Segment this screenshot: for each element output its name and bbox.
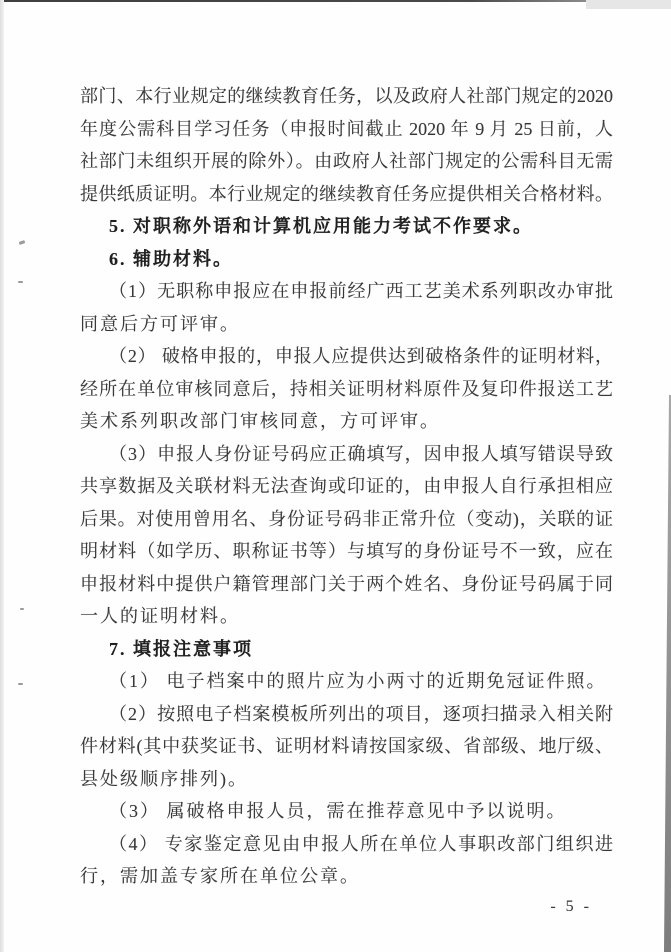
text-line: 件材料(其中获奖证书、证明材料请按国家级、省部级、地厅级、 bbox=[80, 730, 613, 763]
scan-top-right-corner bbox=[586, 0, 671, 9]
text-line: （1）无职称申报应在申报前经广西工艺美术系列职改办审批 bbox=[80, 275, 613, 308]
document-page: 部门、本行业规定的继续教育任务，以及政府人社部门规定的2020年度公需科目学习任… bbox=[0, 0, 671, 952]
text-line: 同意后方可评审。 bbox=[80, 308, 613, 341]
text-line: （2）按照电子档案模板所列出的项目，逐项扫描录入相关附 bbox=[80, 698, 613, 731]
text-line: 7. 填报注意事项 bbox=[80, 633, 613, 666]
text-line: 6. 辅助材料。 bbox=[80, 243, 613, 276]
scan-left-edge-shadow bbox=[0, 0, 4, 952]
text-line: 一人的证明材料。 bbox=[80, 600, 613, 633]
text-line: 提供纸质证明。本行业规定的继续教育任务应提供相关合格材料。 bbox=[80, 178, 613, 211]
text-line: 行，需加盖专家所在单位公章。 bbox=[80, 860, 613, 893]
text-line: 申报材料中提供户籍管理部门关于两个姓名、身份证号码属于同 bbox=[80, 568, 613, 601]
text-line: （3）申报人身份证号码应正确填写，因申报人填写错误导致 bbox=[80, 438, 613, 471]
text-line: 部门、本行业规定的继续教育任务，以及政府人社部门规定的2020 bbox=[80, 80, 613, 113]
text-line: 县处级顺序排列)。 bbox=[80, 763, 613, 796]
text-line: （3） 属破格申报人员，需在推荐意见中予以说明。 bbox=[80, 795, 613, 828]
text-line: 共享数据及关联材料无法查询或印证的，由申报人自行承担相应 bbox=[80, 470, 613, 503]
document-body: 部门、本行业规定的继续教育任务，以及政府人社部门规定的2020年度公需科目学习任… bbox=[80, 80, 613, 893]
page-number: - 5 - bbox=[550, 898, 592, 916]
scan-speck bbox=[20, 608, 24, 610]
text-line: 美术系列职改部门审核同意，方可评审。 bbox=[80, 405, 613, 438]
text-line: 社部门未组织开展的除外）。由政府人社部门规定的公需科目无需 bbox=[80, 145, 613, 178]
text-line: （4） 专家鉴定意见由申报人所在单位人事职改部门组织进 bbox=[80, 828, 613, 861]
text-line: （1） 电子档案中的照片应为小两寸的近期免冠证件照。 bbox=[80, 665, 613, 698]
text-line: 经所在单位审核同意后，持相关证明材料原件及复印件报送工艺 bbox=[80, 373, 613, 406]
text-line: 后果。对使用曾用名、身份证号码非正常升位（变动)，关联的证 bbox=[80, 503, 613, 536]
text-line: 明材料（如学历、职称证书等）与填写的身份证号不一致，应在 bbox=[80, 535, 613, 568]
scan-speck bbox=[18, 281, 23, 283]
scan-top-edge-shadow bbox=[0, 0, 586, 2]
scan-speck bbox=[19, 240, 26, 245]
text-line: （2） 破格申报的，申报人应提供达到破格条件的证明材料， bbox=[80, 340, 613, 373]
scan-right-edge-shadow bbox=[664, 395, 671, 952]
text-line: 5. 对职称外语和计算机应用能力考试不作要求。 bbox=[80, 210, 613, 243]
scan-speck bbox=[18, 683, 23, 685]
text-line: 年度公需科目学习任务（申报时间截止 2020 年 9 月 25 日前，人 bbox=[80, 113, 613, 146]
